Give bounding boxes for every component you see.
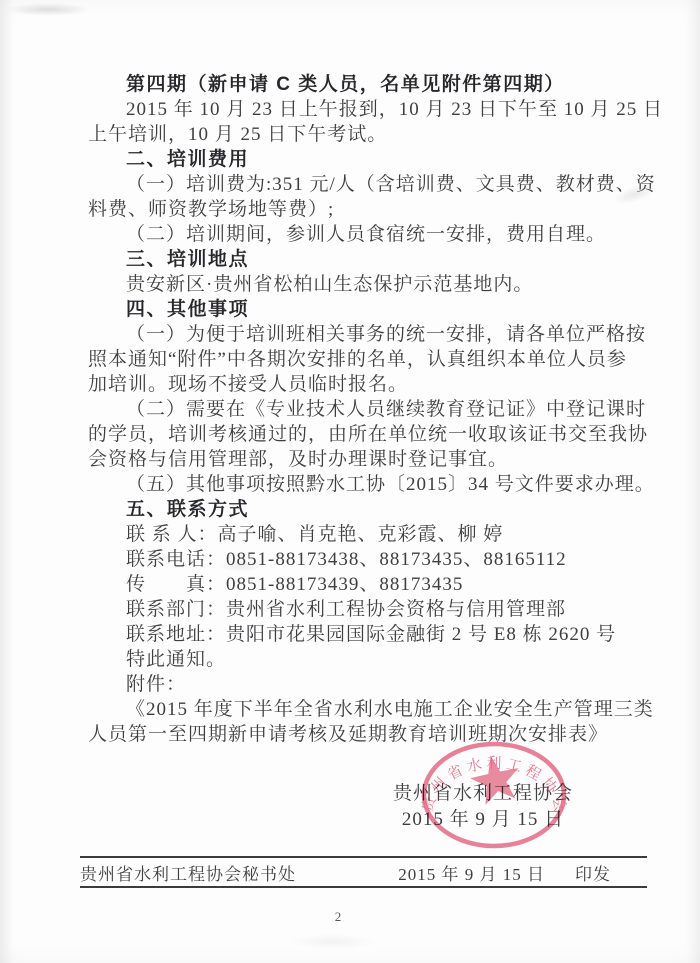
text-line: 照本通知“附件”中各期次安排的名单，认真组织本单位人员参 bbox=[88, 347, 636, 372]
text-line: （一）培训费为:351 元/人（含培训费、文具费、教材费、资 bbox=[88, 172, 636, 197]
text-line: （五）其他事项按照黔水工协〔2015〕34 号文件要求办理。 bbox=[88, 472, 636, 497]
text-line: 联 系 人：高子喻、肖克艳、克彩霞、柳 婷 bbox=[88, 522, 636, 547]
text-line: 贵安新区·贵州省松柏山生态保护示范基地内。 bbox=[88, 272, 636, 297]
text-line: 五、联系方式 bbox=[88, 497, 636, 522]
text-line: （二）培训期间，参训人员食宿统一安排，费用自理。 bbox=[88, 222, 636, 247]
page-number: 2 bbox=[330, 909, 346, 925]
print-footer: 贵州省水利工程协会秘书处 2015 年 9 月 15 日 印发 bbox=[80, 856, 647, 888]
text-line: （一）为便于培训班相关事务的统一安排，请各单位严格按 bbox=[88, 322, 636, 347]
signature-org: 贵州省水利工程协会 bbox=[333, 781, 633, 807]
footer-date: 2015 年 9 月 15 日 bbox=[398, 860, 545, 885]
text-line: 人员第一至四期新申请考核及延期教育培训班期次安排表》 bbox=[88, 722, 636, 747]
text-line: 第四期（新申请 C 类人员，名单见附件第四期） bbox=[88, 72, 636, 97]
signature-date: 2015 年 9 月 15 日 bbox=[333, 807, 633, 833]
text-line: 加培训。现场不接受人员临时报名。 bbox=[88, 372, 636, 397]
text-line: 特此通知。 bbox=[88, 647, 636, 672]
footer-right-group: 2015 年 9 月 15 日 印发 bbox=[398, 860, 647, 885]
scan-smudge bbox=[6, 3, 90, 16]
text-line: 的学员，培训考核通过的，由所在单位统一收取该证书交至我协 bbox=[88, 422, 636, 447]
text-line: （二）需要在《专业技术人员继续教育登记证》中登记课时 bbox=[88, 397, 636, 422]
text-line: 上午培训，10 月 25 日下午考试。 bbox=[88, 122, 636, 147]
signature-block: 贵州省水利工程协会 2015 年 9 月 15 日 bbox=[333, 781, 633, 833]
text-line: 四、其他事项 bbox=[88, 297, 636, 322]
text-line: 联系部门：贵州省水利工程协会资格与信用管理部 bbox=[88, 597, 636, 622]
text-line: 传 真：0851-88173439、88173435 bbox=[88, 572, 636, 597]
footer-department: 贵州省水利工程协会秘书处 bbox=[80, 860, 296, 885]
text-line: 联系地址：贵阳市花果园国际金融街 2 号 E8 栋 2620 号 bbox=[88, 622, 636, 647]
text-line: 联系电话：0851-88173438、88173435、88165112 bbox=[88, 547, 636, 572]
text-line: 三、培训地点 bbox=[88, 247, 636, 272]
document-body: 第四期（新申请 C 类人员，名单见附件第四期）2015 年 10 月 23 日上… bbox=[88, 72, 636, 747]
page-edge-shadow bbox=[686, 0, 700, 963]
scanned-notice-page: 第四期（新申请 C 类人员，名单见附件第四期）2015 年 10 月 23 日上… bbox=[0, 0, 700, 963]
page-edge-shadow bbox=[0, 0, 14, 963]
text-line: 二、培训费用 bbox=[88, 147, 636, 172]
text-line: 2015 年 10 月 23 日上午报到，10 月 23 日下午至 10 月 2… bbox=[88, 97, 636, 122]
text-line: 料费、师资教学场地等费）; bbox=[88, 197, 636, 222]
text-line: 附件： bbox=[88, 672, 636, 697]
text-line: 《2015 年度下半年全省水利水电施工企业安全生产管理三类 bbox=[88, 697, 636, 722]
scan-smudge bbox=[288, 934, 378, 950]
footer-issue-label: 印发 bbox=[575, 860, 611, 885]
text-line: 会资格与信用管理部，及时办理课时登记事宜。 bbox=[88, 447, 636, 472]
